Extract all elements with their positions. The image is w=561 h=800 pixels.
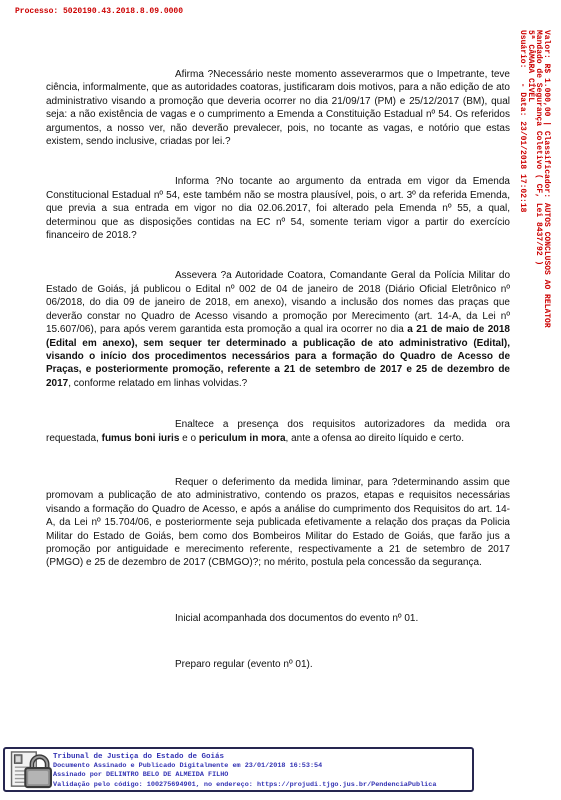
side-meta-case-type: Mandado de Segurança Coletivo ( CF, Lei … — [534, 30, 542, 382]
paragraph-enaltece-periculum: periculum in mora — [199, 433, 286, 444]
paragraph-afirma: Afirma ?Necessário neste momento assever… — [46, 68, 510, 148]
paragraph-enaltece-fumus: fumus boni iuris — [102, 433, 180, 444]
side-meta-user-date: Usuário: - Data: 23/01/2018 17:02:18 — [518, 30, 526, 382]
signature-text: Tribunal de Justiça do Estado de Goiás D… — [53, 752, 436, 790]
signature-published-line: Documento Assinado e Publicado Digitalme… — [53, 762, 436, 771]
side-meta-valor-classificador: Valor: R$ 1.000,00 | Classificador: AUTO… — [542, 30, 550, 382]
paragraph-informa-text: Informa ?No tocante ao argumento da entr… — [46, 176, 510, 241]
paragraph-enaltece-text-2: e o — [179, 433, 198, 444]
signature-validation-line: Validação pelo código: 100275694901, no … — [53, 781, 436, 790]
paragraph-preparo: Preparo regular (evento nº 01). — [46, 658, 510, 671]
side-meta-chamber: 5ª CÂMARA CÍVEL — [526, 30, 534, 382]
paragraph-enaltece: Enaltece a presença dos requisitos autor… — [46, 418, 510, 445]
paragraph-enaltece-text-3: , ante a ofensa ao direito líquido e cer… — [286, 433, 464, 444]
signed-document-lock-icon — [9, 751, 53, 789]
case-metadata-sidebar: Valor: R$ 1.000,00 | Classificador: AUTO… — [518, 30, 550, 382]
paragraph-informa: Informa ?No tocante ao argumento da entr… — [46, 175, 510, 242]
paragraph-inicial-text: Inicial acompanhada dos documentos do ev… — [175, 613, 418, 624]
document-page: { "header": { "processo": "Processo: 502… — [0, 0, 561, 800]
paragraph-requer-text: Requer o deferimento da medida liminar, … — [46, 477, 510, 568]
signature-court-name: Tribunal de Justiça do Estado de Goiás — [53, 752, 436, 762]
process-number: Processo: 5020190.43.2018.8.09.0000 — [15, 7, 183, 16]
paragraph-assevera: Assevera ?a Autoridade Coatora, Comandan… — [46, 269, 510, 390]
digital-signature-box: Tribunal de Justiça do Estado de Goiás D… — [3, 747, 474, 792]
document-body: Afirma ?Necessário neste momento assever… — [46, 68, 510, 672]
paragraph-assevera-text-2: , conforme relatado em linhas volvidas.? — [68, 378, 247, 389]
paragraph-afirma-text: Afirma ?Necessário neste momento assever… — [46, 69, 510, 147]
paragraph-inicial: Inicial acompanhada dos documentos do ev… — [46, 612, 510, 625]
signature-signer-line: Assinado por DELINTRO BELO DE ALMEIDA FI… — [53, 771, 436, 780]
paragraph-preparo-text: Preparo regular (evento nº 01). — [175, 659, 313, 670]
paragraph-requer: Requer o deferimento da medida liminar, … — [46, 476, 510, 570]
